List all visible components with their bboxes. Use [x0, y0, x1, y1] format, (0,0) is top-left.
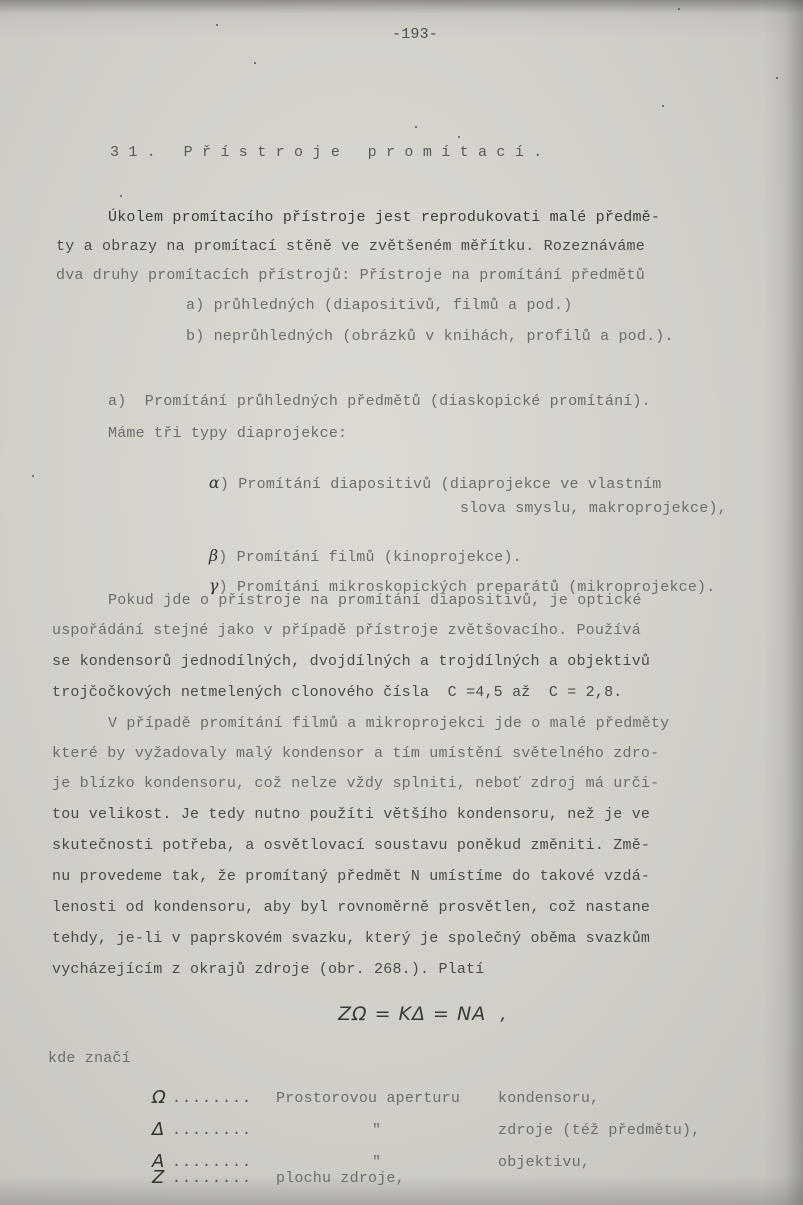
legend-symbol-delta: Δ [152, 1119, 164, 1140]
paragraph-2-line-3: se kondensorů jednodílných, dvojdílných … [52, 653, 650, 670]
paragraph-2-line-1: Pokud jde o přístroje na promítání diapo… [108, 592, 642, 609]
section-heading: 31. Přístroje promítací. [110, 144, 552, 161]
paragraph-3-line-3: je blízko kondensoru, což nelze vždy spl… [52, 775, 659, 792]
legend-detail-omega: kondensoru, [498, 1090, 599, 1107]
paragraph-3-line-4: tou velikost. Je tedy nutno použíti větš… [52, 806, 650, 823]
paper-speck [776, 77, 778, 79]
legend-dots-omega: ........ [172, 1090, 252, 1107]
legend-label-a: " [372, 1154, 381, 1171]
paper-speck [458, 136, 460, 138]
types-intro: Máme tři typy diaprojekce: [108, 425, 347, 442]
paper-speck [662, 105, 664, 107]
legend-detail-delta: zdroje (též předmětu), [498, 1122, 700, 1139]
legend-dots-a: ........ [172, 1154, 252, 1171]
legend-dots-delta: ........ [172, 1122, 252, 1139]
typewritten-page: -193- 31. Přístroje promítací. Úkolem pr… [0, 0, 803, 1205]
paragraph-3-line-8: tehdy, je-li v paprskovém svazku, který … [52, 930, 650, 947]
paper-speck [32, 475, 34, 477]
paragraph-1-line-2: ty a obrazy na promítací stěně ve zvětše… [56, 238, 645, 255]
paragraph-3-line-2: které by vyžadovaly malý kondensor a tím… [52, 745, 659, 762]
paragraph-3-line-7: lenosti od kondensoru, aby byl rovnoměrn… [52, 899, 650, 916]
subsection-heading: a) Promítání průhledných předmětů (diask… [108, 393, 651, 410]
page-number: -193- [392, 26, 438, 43]
paragraph-3-line-9: vycházejícím z okrajů zdroje (obr. 268.)… [52, 961, 484, 978]
paper-speck [678, 8, 680, 10]
legend-label-omega: Prostorovou aperturu [276, 1090, 460, 1107]
list-item-b: b) neprůhledných (obrázků v knihách, pro… [186, 328, 674, 345]
legend-intro: kde značí [48, 1050, 131, 1067]
type-alpha-text: ) Promítání diapositivů (diaprojekce ve … [220, 476, 662, 493]
list-item-a: a) průhledných (diapositivů, filmů a pod… [186, 297, 572, 314]
paragraph-3-line-5: skutečnosti potřeba, a osvětlovací soust… [52, 837, 650, 854]
legend-detail-a: objektivu, [498, 1154, 590, 1171]
paper-speck [415, 126, 417, 128]
legend-symbol-omega: Ω [152, 1087, 166, 1108]
alpha-marker: α [209, 473, 220, 492]
paper-speck [254, 62, 256, 64]
formula: ZΩ = KΔ = NA , [338, 1003, 507, 1025]
paper-speck [216, 24, 218, 26]
paper-speck [120, 195, 122, 197]
legend-dots-z: ........ [172, 1170, 252, 1187]
paragraph-2-line-2: uspořádání stejné jako v případě přístro… [52, 622, 641, 639]
paragraph-3-line-6: nu provedeme tak, že promítaný předmět N… [52, 868, 650, 885]
legend-symbol-z: Z [152, 1167, 164, 1188]
paragraph-2-line-4: trojčočkových netmelených clonového čísl… [52, 684, 623, 701]
legend-label-z: plochu zdroje, [276, 1170, 405, 1187]
legend-label-delta: " [372, 1122, 381, 1139]
type-alpha-continuation: slova smyslu, makroprojekce), [460, 500, 727, 517]
paragraph-1-line-3: dva druhy promítacích přístrojů: Přístro… [56, 267, 645, 284]
paragraph-1-line-1: Úkolem promítacího přístroje jest reprod… [108, 209, 660, 226]
paragraph-3-line-1: V případě promítání filmů a mikroprojekc… [108, 715, 669, 732]
